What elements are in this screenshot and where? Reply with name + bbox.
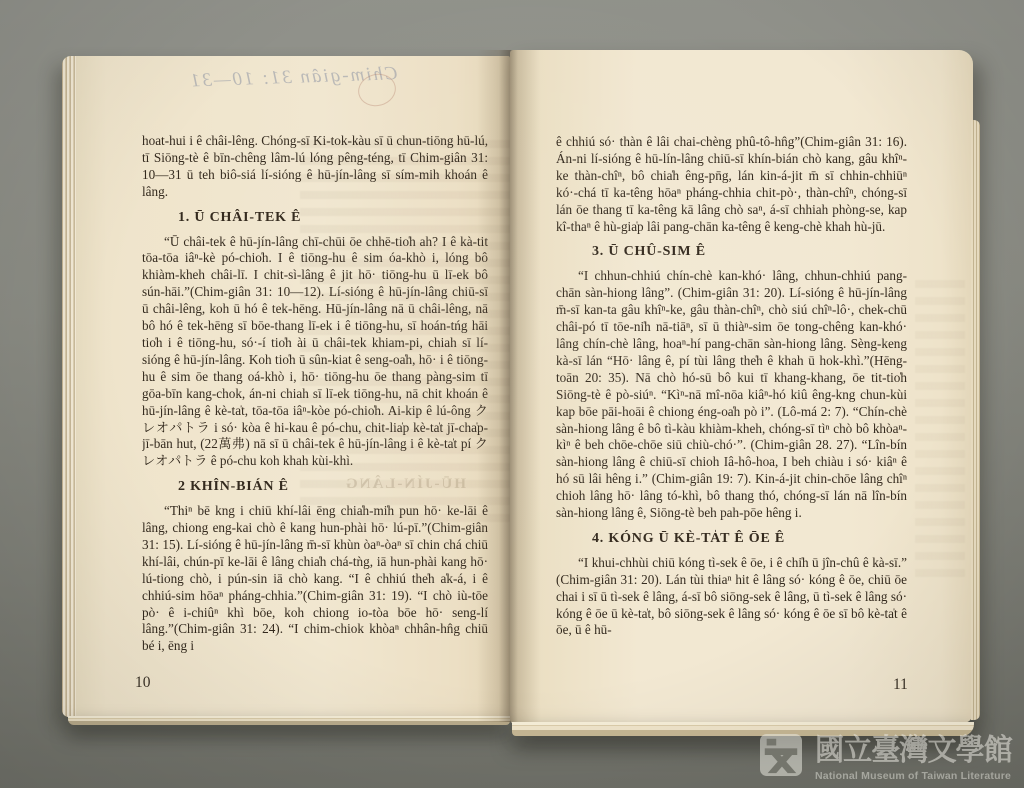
paragraph: “I chhun-chhiú chín-chè kan-khó· lâng, c…	[556, 268, 907, 522]
page-stack-right-edge	[971, 120, 980, 720]
watermark-cjk-title: 國立臺灣文學館	[815, 733, 1012, 769]
right-page-text: ê chhiú só· thàn ê lâi chai-chèng phû-tô…	[556, 134, 907, 683]
section-heading-4: 4. KÓNG Ū KÈ-TA̍T Ê ŌE Ê	[556, 531, 907, 548]
left-page-edge-stack	[62, 56, 76, 717]
handwritten-annotation: Chim-giân 31: 10—31	[121, 63, 398, 107]
watermark-english-title: National Museum of Taiwan Literature	[815, 770, 1018, 782]
nmtl-logo-icon	[760, 733, 802, 777]
book-photo-backdrop: Chim-giân 31: 10—31 HŪ-JÍN-LÂNG hoat-hui…	[0, 0, 1024, 788]
section-heading-1: 1. Ū CHÂI-TEK Ê	[142, 210, 488, 227]
paragraph-continuation: hoat-hui i ê châi-lêng. Chóng-sī Ki-tok-…	[142, 133, 488, 201]
section-heading-2: 2 KHÎN-BIÁN Ê	[142, 479, 488, 496]
paragraph-continuation: ê chhiú só· thàn ê lâi chai-chèng phû-tô…	[556, 134, 907, 235]
left-page: Chim-giân 31: 10—31 HŪ-JÍN-LÂNG hoat-hui…	[62, 56, 510, 717]
page-stack-bottom-left	[68, 716, 510, 725]
right-page: ê chhiú só· thàn ê lâi chai-chèng phû-tô…	[510, 50, 973, 723]
section-heading-3: 3. Ū CHÛ-SIM Ê	[556, 244, 907, 261]
page-number-left: 10	[135, 674, 151, 692]
page-number-right: 11	[893, 676, 908, 694]
watermark-text: 國立臺灣文學館 National Museum of Taiwan Litera…	[815, 733, 1018, 782]
paragraph: “I khui-chhùi chiū kóng tì-sek ê ōe, i ê…	[556, 555, 907, 640]
left-page-text: hoat-hui i ê châi-lêng. Chóng-sī Ki-tok-…	[142, 133, 488, 680]
paragraph: “Thiⁿ bē kng i chiū khí-lâi ēng chia̍h-m…	[142, 503, 488, 655]
paragraph: “Ū châi-tek ê hū-jín-lâng chī-chūi ōe ch…	[142, 234, 488, 471]
bleedthrough-smudge	[915, 280, 965, 580]
watermark: 國立臺灣文學館 National Museum of Taiwan Litera…	[760, 733, 1018, 782]
